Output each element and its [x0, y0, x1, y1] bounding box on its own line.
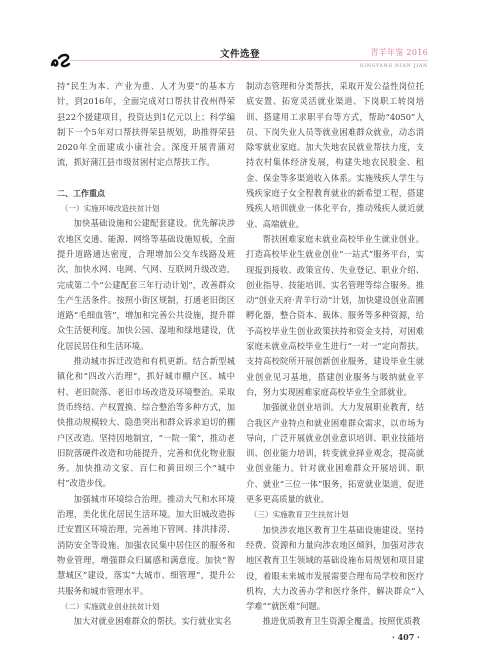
yearbook-brand-subtitle: QINGYANG NIAN JIAN: [360, 64, 428, 69]
paragraph: 加快基础设施和公建配套建设。优先解决涉农地区交通、能源、网络等基础设施短板，全面…: [57, 216, 235, 354]
header-rule: [70, 60, 428, 61]
paragraph: 加快涉农地区教育卫生基础设施建设。坚持经费、资源和力量向涉农地区倾斜，加强对涉农…: [246, 523, 424, 615]
page-header: 文件选登 青羊年鉴 2016 QINGYANG NIAN JIAN: [0, 0, 480, 80]
left-column: 持“民生为本、产业为重、人才为要”的基本方针，到2016年，全面完成对口帮扶甘孜…: [57, 79, 235, 629]
subheading: （一）实施环境改造扶贫计划: [57, 201, 235, 216]
paragraph: 加强就业创业培训。大力发展职业教育，结合我区产业特点和就业困难群众需求，以市场为…: [246, 400, 424, 507]
paragraph: 持“民生为本、产业为重、人才为要”的基本方针，到2016年，全面完成对口帮扶甘孜…: [57, 79, 235, 171]
subheading: （二）实施就业创业扶贫计划: [57, 599, 235, 614]
paragraph: 推进优质教育卫生资源全覆盖。按照优质教: [246, 614, 424, 629]
yearbook-brand: 青羊年鉴 2016: [370, 47, 428, 58]
subheading: （三）实施教育卫生扶贫计划: [246, 507, 424, 522]
paragraph: 帮扶困难家庭未就业高校毕业生就业创业。打造高校毕业生就业创业“一站式”服务平台，…: [246, 232, 424, 400]
paragraph: 推动城市拆迁改造和有机更新。结合新型城镇化和“四改六治理”，抓好城市棚户区、城中…: [57, 354, 235, 492]
paragraph: 制动态管理和分类帮扶，采取开发公益性岗位托底安置、拓宽灵活就业渠道、下岗职工转岗…: [246, 79, 424, 232]
right-column: 制动态管理和分类帮扶，采取开发公益性岗位托底安置、拓宽灵活就业渠道、下岗职工转岗…: [246, 79, 424, 630]
paragraph: 加大对就业困难群众的帮扶。实行就业实名: [57, 614, 235, 629]
heading-work-focus: 二、工作重点: [57, 186, 235, 201]
paragraph: 加强城市环境综合治理。推动大气和水环境治理，美化优化居民生活环境。加大旧城改造拆…: [57, 492, 235, 599]
page-number: · 407 ·: [392, 632, 420, 642]
